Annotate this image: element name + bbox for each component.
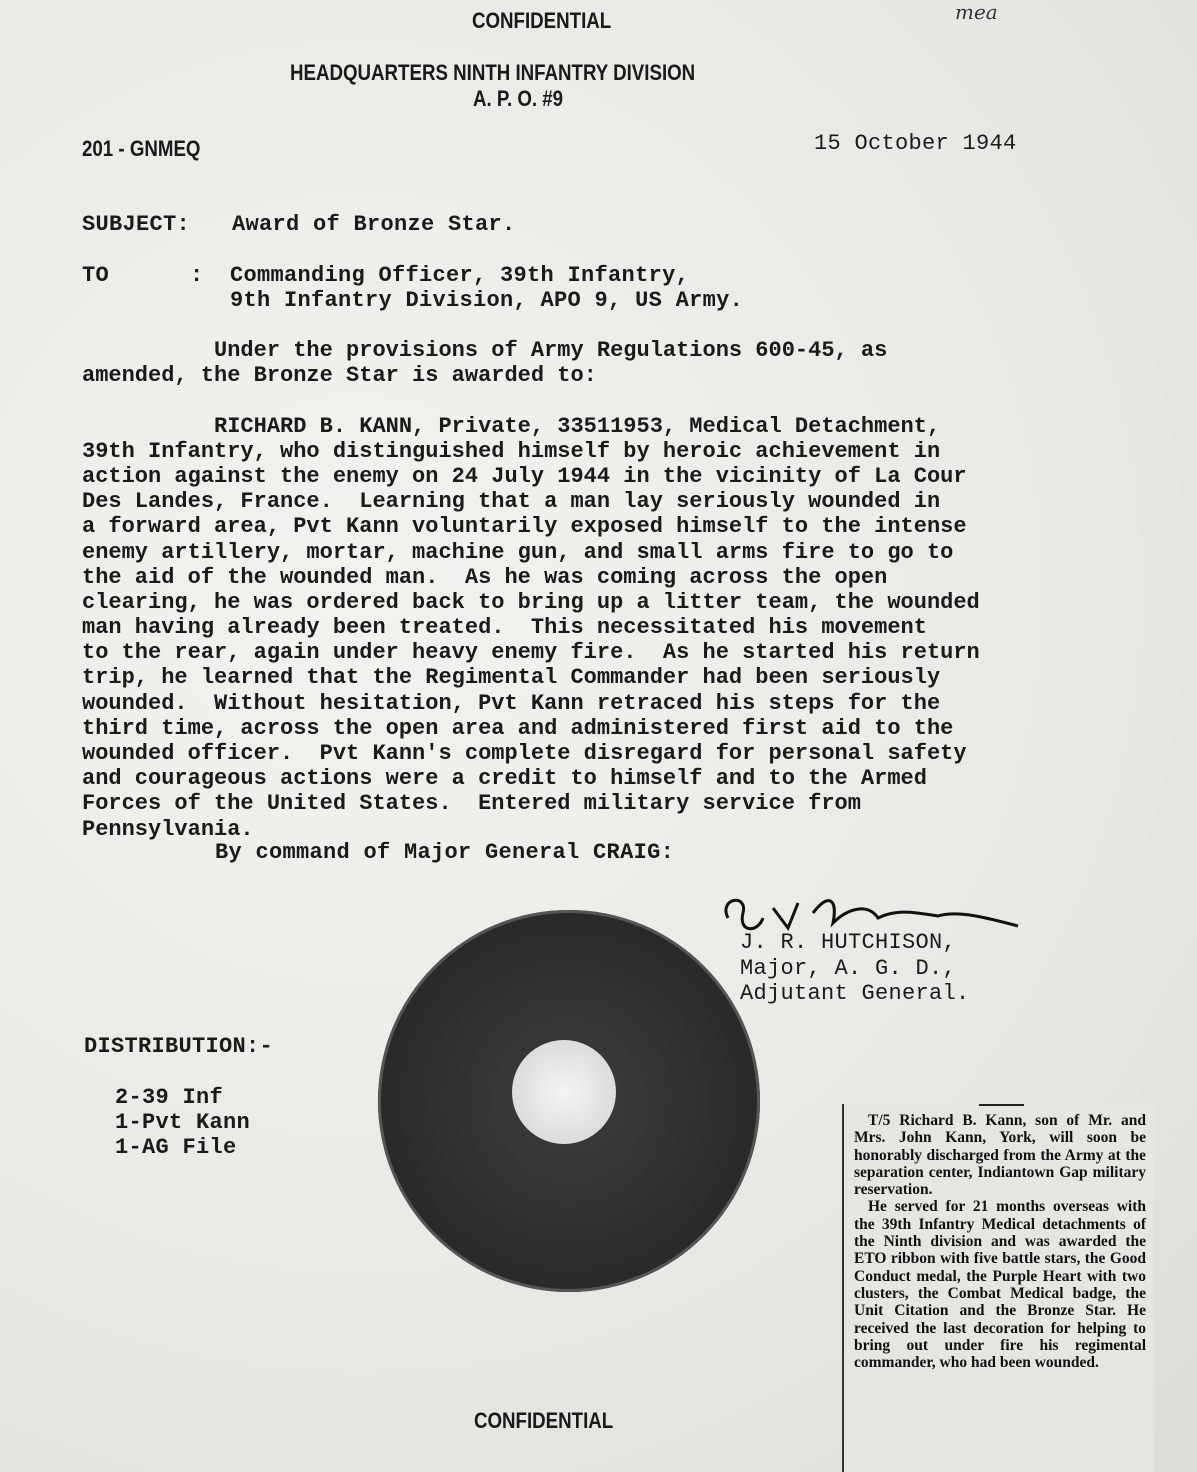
body-line: enemy artillery, mortar, machine gun, an… (82, 540, 980, 565)
body-line: 39th Infantry, who distinguished himself… (82, 439, 980, 464)
body-line: Forces of the United States. Entered mil… (82, 791, 980, 816)
body-line (82, 388, 980, 413)
classification-bottom: CONFIDENTIAL (474, 1408, 613, 1434)
body-line: RICHARD B. KANN, Private, 33511953, Medi… (82, 414, 980, 439)
command-line: By command of Major General CRAIG: (215, 840, 674, 865)
signer-title: Adjutant General. (740, 981, 970, 1006)
body-line: third time, across the open area and adm… (82, 716, 980, 741)
body-line: wounded officer. Pvt Kann's complete dis… (82, 741, 980, 766)
body-line: a forward area, Pvt Kann voluntarily exp… (82, 514, 980, 539)
clipping-rule (979, 1104, 1024, 1106)
subject-text: Award of Bronze Star. (232, 212, 516, 237)
body-line: wounded. Without hesitation, Pvt Kann re… (82, 691, 980, 716)
body-line: clearing, he was ordered back to bring u… (82, 590, 980, 615)
distribution-label: DISTRIBUTION:- (84, 1034, 273, 1059)
subject-label: SUBJECT: (82, 212, 190, 237)
division-patch-image (378, 910, 760, 1292)
signer-name: J. R. HUTCHISON, (740, 930, 956, 955)
clipping-paragraph: T/5 Richard B. Kann, son of Mr. and Mrs.… (854, 1112, 1146, 1198)
newspaper-clipping: T/5 Richard B. Kann, son of Mr. and Mrs.… (842, 1104, 1154, 1472)
to-label: TO : (82, 263, 204, 288)
handwritten-note: mea (955, 0, 998, 24)
to-line2: 9th Infantry Division, APO 9, US Army. (230, 288, 743, 313)
distribution-item: 1-AG File (115, 1135, 237, 1160)
body-line: Pennsylvania. (82, 817, 980, 842)
body-line: action against the enemy on 24 July 1944… (82, 464, 980, 489)
body-line: the aid of the wounded man. As he was co… (82, 565, 980, 590)
citation-body: Under the provisions of Army Regulations… (82, 338, 980, 842)
classification-top: CONFIDENTIAL (472, 8, 611, 34)
document-page: CONFIDENTIAL mea HEADQUARTERS NINTH INFA… (0, 0, 1197, 1472)
to-line1: Commanding Officer, 39th Infantry, (230, 263, 689, 288)
heading-line1: HEADQUARTERS NINTH INFANTRY DIVISION (290, 60, 695, 86)
distribution-item: 2-39 Inf (115, 1085, 223, 1110)
body-line: and courageous actions were a credit to … (82, 766, 980, 791)
body-line: amended, the Bronze Star is awarded to: (82, 363, 980, 388)
patch-center-circle (512, 1040, 616, 1144)
body-line: to the rear, again under heavy enemy fir… (82, 640, 980, 665)
body-line: Des Landes, France. Learning that a man … (82, 489, 980, 514)
body-line: trip, he learned that the Regimental Com… (82, 665, 980, 690)
body-line: Under the provisions of Army Regulations… (82, 338, 980, 363)
clipping-paragraph: He served for 21 months overseas with th… (854, 1198, 1146, 1371)
document-date: 15 October 1944 (814, 131, 1017, 156)
file-reference: 201 - GNMEQ (82, 136, 200, 162)
body-line: man having already been treated. This ne… (82, 615, 980, 640)
signer-rank: Major, A. G. D., (740, 956, 956, 981)
heading-line2: A. P. O. #9 (473, 86, 563, 112)
distribution-item: 1-Pvt Kann (115, 1110, 250, 1135)
